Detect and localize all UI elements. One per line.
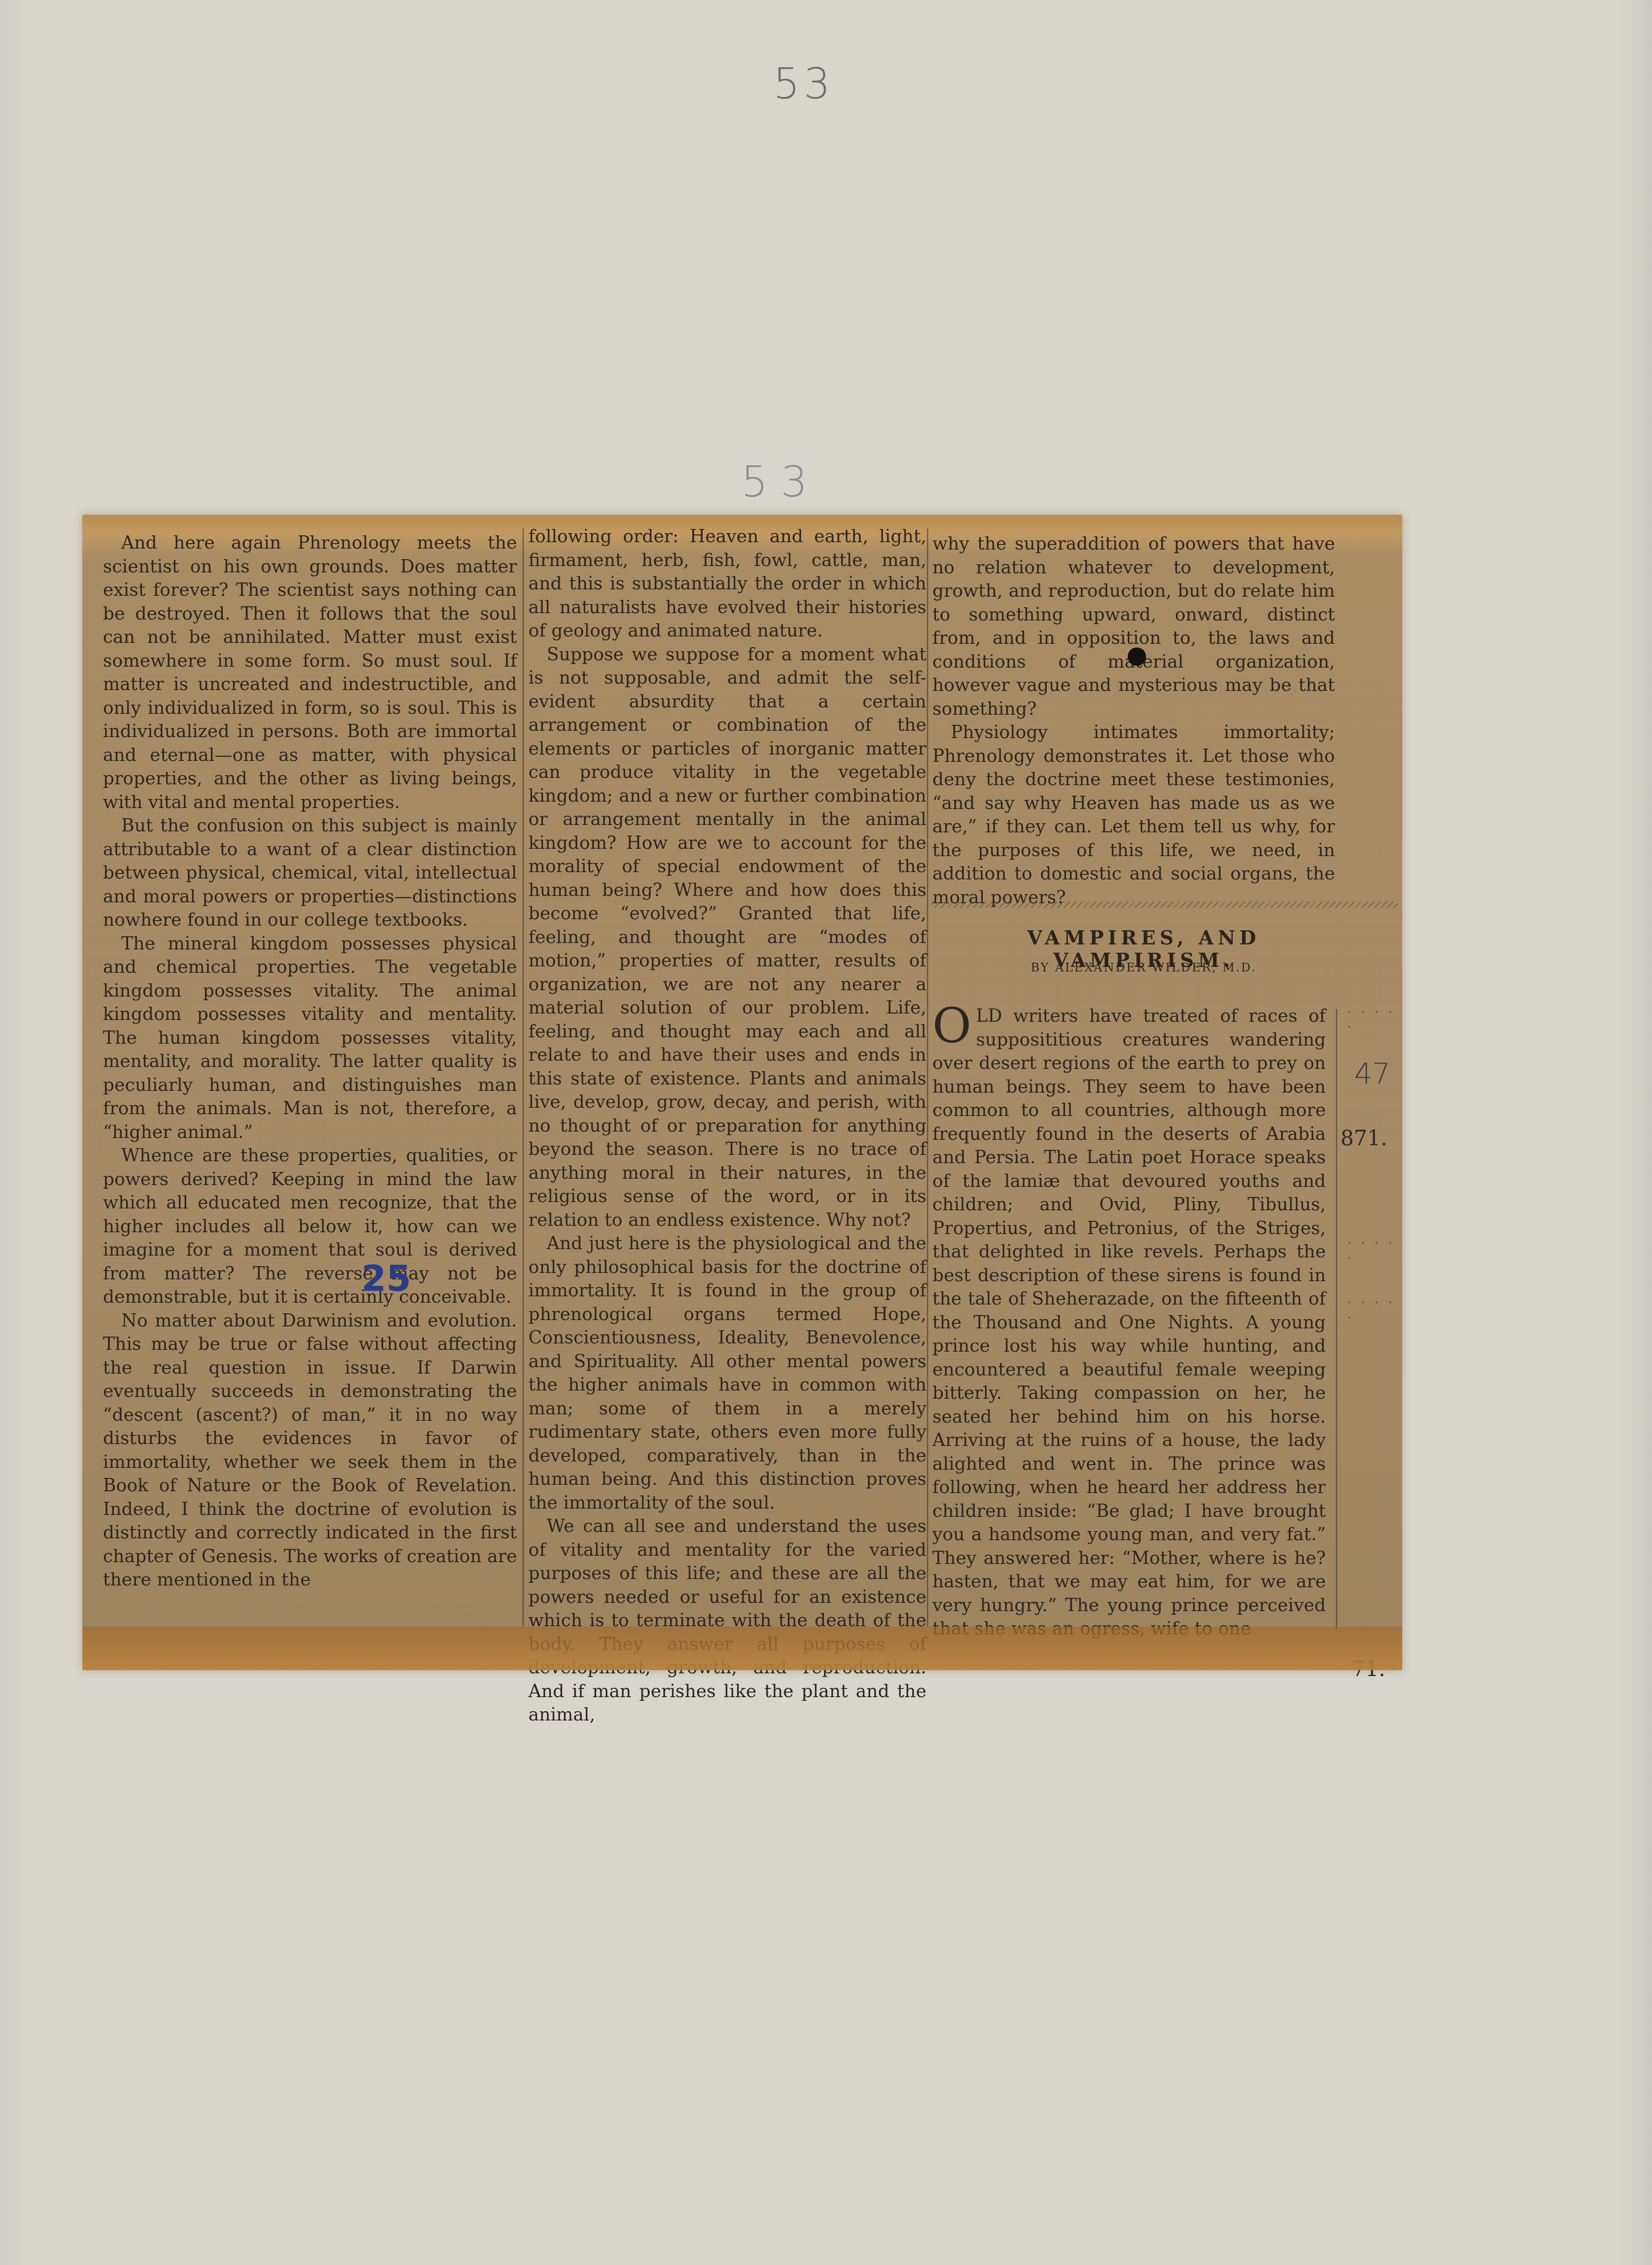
newspaper-clipping: And here again Phrenology meets the scie… [82,515,1402,1670]
handwritten-number-47: 47 [1354,1057,1390,1090]
ink-blot [1128,647,1146,666]
drop-cap: O [932,1006,971,1046]
article-body-text: LD writers have treated of races of supp… [932,1006,1326,1639]
article-body-column: OLD writers have treated of races of sup… [932,1004,1326,1641]
paragraph: following order: Heaven and earth, light… [528,525,926,643]
dotted-leader: · · · · · [1347,1295,1402,1325]
page-number-handwritten: 53 [773,59,834,108]
printed-page-number-71: 71. [1352,1656,1385,1681]
article-byline: BY ALEXANDER WILDER, M.D. [942,961,1345,975]
page-number-pencil: 53 [741,458,820,507]
paragraph: And just here is the physiological and t… [528,1232,926,1515]
paragraph: We can all see and understand the uses o… [528,1515,926,1727]
column-divider [522,528,524,1627]
handwritten-number-25-blue: 25 [361,1258,411,1300]
paragraph: Physiology intimates immortality; Phreno… [932,721,1335,909]
paragraph: But the confusion on this subject is mai… [103,814,517,932]
dotted-leader: · · · · · [1347,1235,1402,1266]
paragraph: And here again Phrenology meets the scie… [103,531,517,814]
paragraph: Suppose we suppose for a moment what is … [528,643,926,1232]
text-column-2: following order: Heaven and earth, light… [528,525,926,1727]
column-divider [1336,1009,1337,1631]
wavy-separator-rule [931,901,1398,908]
printed-page-number-871: 871. [1340,1126,1387,1150]
text-column-3: why the superaddition of powers that hav… [932,532,1335,909]
paragraph: why the superaddition of powers that hav… [932,532,1335,721]
dotted-leader: · · · · · [1347,1004,1402,1035]
text-column-1: And here again Phrenology meets the scie… [103,531,517,1592]
article-first-paragraph: OLD writers have treated of races of sup… [932,1004,1326,1641]
column-divider [927,528,928,1627]
paragraph: No matter about Darwinism and evolution.… [103,1309,517,1592]
paragraph: Whence are these properties, qualities, … [103,1144,517,1309]
paragraph: The mineral kingdom possesses physical a… [103,932,517,1144]
